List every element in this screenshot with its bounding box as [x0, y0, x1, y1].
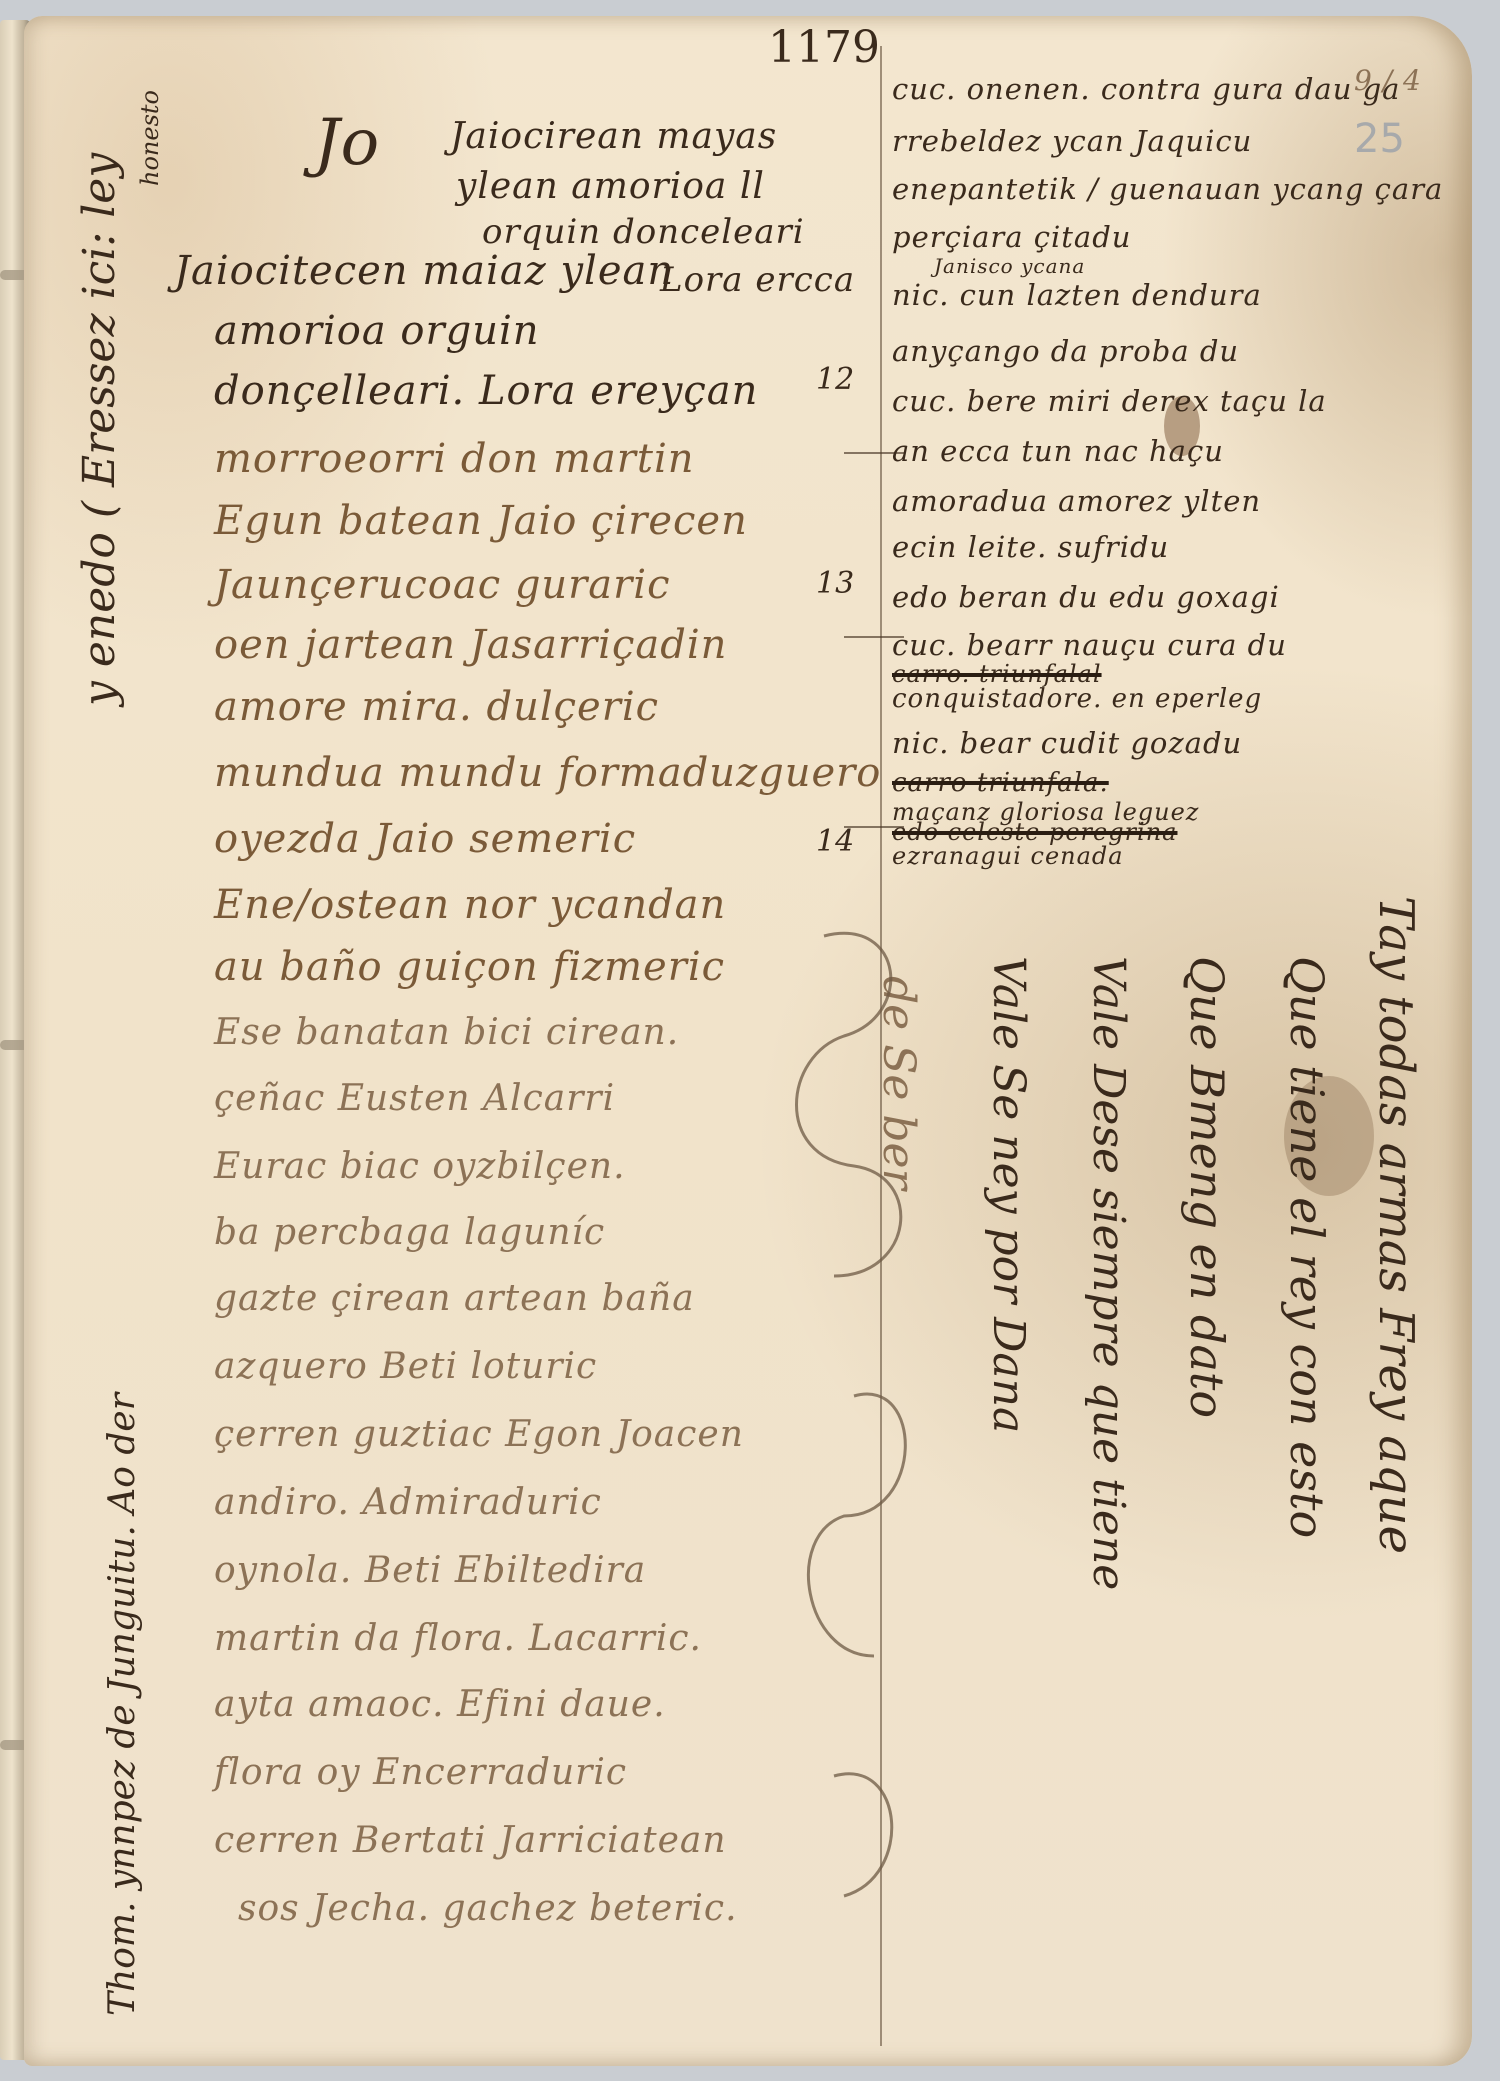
pencil-page-number: 25 [1354, 116, 1405, 162]
verse-line: ecin leite. sufridu [892, 530, 1169, 564]
verse-line: Jaunçerucoac guraric [214, 562, 670, 608]
vertical-note-line: Vale Se ney por Dana [983, 956, 1034, 1433]
verse-line: donçelleari. Lora ereyçan [214, 368, 758, 414]
verse-line: Egun batean Jaio çirecen [214, 498, 748, 544]
verse-line: sos Jecha. gachez beteric. [238, 1888, 738, 1929]
verse-line: oyezda Jaio semeric [214, 816, 636, 862]
verse-line: nic. cun lazten dendura [892, 278, 1262, 312]
verse-line: mundua mundu formaduzguero [214, 750, 881, 796]
verse-line: oynola. Beti Ebiltedira [214, 1550, 646, 1591]
header-line: ylean amorioa ll [456, 166, 765, 207]
verse-line: morroeorri don martin [214, 436, 695, 482]
vertical-note-line: Que Bmeng en dato [1180, 956, 1234, 1418]
verse-line: martin da flora. Lacarric. [214, 1618, 702, 1659]
verse-line: rrebeldez ycan Jaquicu [892, 124, 1252, 158]
verse-line: enepantetik / guenauan ycang çara [892, 172, 1443, 206]
manuscript-page: 1179 25 9 / 4 Jo Jaiocirean mayas ylean … [24, 16, 1472, 2066]
verse-line: Ese banatan bici cirean. [214, 1012, 679, 1053]
verse-line: cuc. bere miri derex taçu la [892, 384, 1327, 418]
verse-line: gazte çirean artean baña [214, 1278, 695, 1319]
verse-line: anyçango da proba du [892, 334, 1239, 368]
verse-line: edo beran du edu goxagi [892, 580, 1280, 614]
verse-line: Ene/ostean nor ycandan [214, 882, 726, 928]
left-margin-signature: Thom. ynnpez de Junguitu. Ao der [102, 1393, 143, 2016]
verse-line: flora oy Encerraduric [214, 1752, 627, 1793]
vertical-note-line: Tay todas armas Frey aque [1368, 896, 1424, 1554]
header-line: Jaiocirean mayas [450, 116, 777, 157]
header-line: orquin donceleari [482, 212, 805, 252]
vertical-note-line: Que tiene el rey con esto [1280, 956, 1334, 1538]
verse-line: perçiara çitadu [892, 220, 1131, 254]
verse-line: amorioa orguin [214, 308, 540, 354]
verse-line: conquistadore. en eperleg [892, 684, 1262, 714]
verse-line: cuc. onenen. contra gura dau ga [892, 72, 1400, 106]
struck-verse-line: carro triunfala. [892, 768, 1109, 798]
verse-line: çeñac Eusten Alcarri [214, 1078, 615, 1119]
verse-number: 13 [816, 566, 854, 601]
verse-line: cuc. bearr nauçu cura du [892, 628, 1287, 662]
verse-line: Eurac biac oyzbilçen. [214, 1146, 626, 1187]
verse-line: amoradua amorez ylten [892, 484, 1261, 518]
header-initial: Jo [314, 106, 380, 180]
verse-line: oen jartean Jasarriçadin [214, 622, 727, 668]
verse-number: 12 [816, 362, 854, 397]
left-margin-vertical-note-small: honesto [136, 90, 164, 186]
verse-line: cerren Bertati Jarriciatean [214, 1820, 727, 1861]
verse-number: 14 [816, 824, 854, 859]
vertical-note-line: Vale Dese siempre que tiene [1083, 956, 1134, 1590]
verse-line: nic. bear cudit gozadu [892, 726, 1242, 760]
verse-line: azquero Beti loturic [214, 1346, 597, 1387]
verse-line: ezranagui cenada [892, 842, 1124, 870]
verse-line: çerren guztiac Egon Joacen [214, 1414, 744, 1455]
verse-line: andiro. Admiraduric [214, 1482, 602, 1523]
verse-line: an ecca tun nac haçu [892, 434, 1224, 468]
pen-flourish [764, 896, 944, 1996]
verse-line: ba percbaga laguníc [214, 1212, 605, 1253]
interlinear-correction: Janisco ycana [934, 254, 1085, 278]
folio-number: 1179 [768, 22, 880, 73]
verse-line: amore mira. dulçeric [214, 684, 659, 730]
left-margin-vertical-note: y enedo ( Eressez ici: ley [74, 153, 125, 706]
verse-line: au baño guiçon fizmeric [214, 944, 725, 990]
verse-line: ayta amaoc. Efini daue. [214, 1684, 666, 1725]
verse-line: Jaiocitecen maiaz ylean [174, 248, 674, 294]
header-line: Lora ercca [660, 260, 855, 300]
